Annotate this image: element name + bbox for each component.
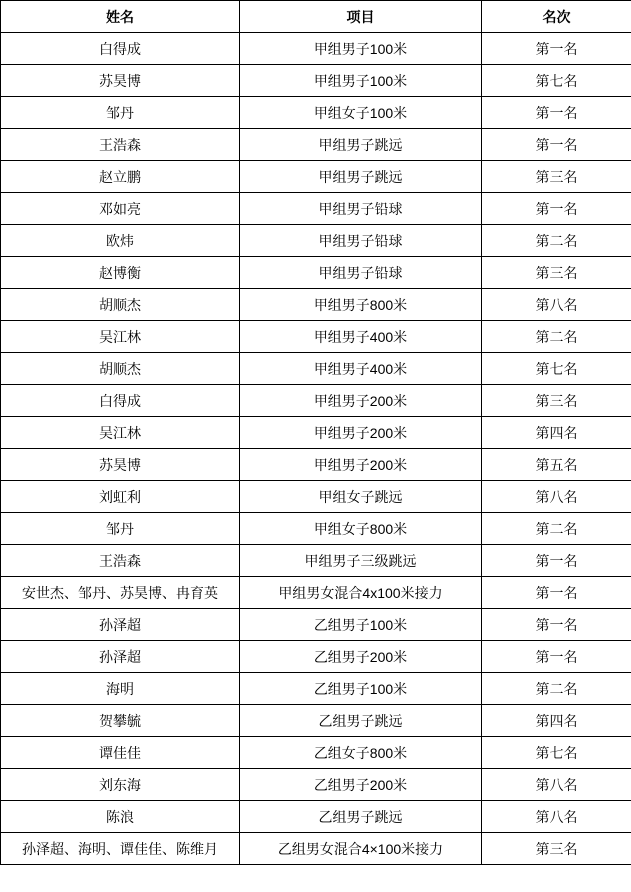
name-cell: 邹丹 bbox=[1, 97, 240, 129]
table-row: 王浩森甲组男子三级跳远第一名 bbox=[1, 545, 631, 577]
table-row: 赵立鹏甲组男子跳远第三名 bbox=[1, 161, 631, 193]
rank-cell: 第一名 bbox=[482, 609, 631, 641]
rank-cell: 第二名 bbox=[482, 513, 631, 545]
rank-cell: 第五名 bbox=[482, 449, 631, 481]
rank-cell: 第四名 bbox=[482, 705, 631, 737]
rank-cell: 第一名 bbox=[482, 97, 631, 129]
name-cell: 海明 bbox=[1, 673, 240, 705]
table-row: 刘东海乙组男子200米第八名 bbox=[1, 769, 631, 801]
event-cell: 甲组男子400米 bbox=[240, 321, 482, 353]
rank-cell: 第一名 bbox=[482, 641, 631, 673]
name-cell: 孙泽超 bbox=[1, 641, 240, 673]
table-row: 邹丹甲组女子100米第一名 bbox=[1, 97, 631, 129]
event-cell: 甲组男子跳远 bbox=[240, 161, 482, 193]
name-cell: 孙泽超 bbox=[1, 609, 240, 641]
table-row: 王浩森甲组男子跳远第一名 bbox=[1, 129, 631, 161]
event-cell: 甲组女子100米 bbox=[240, 97, 482, 129]
table-row: 安世杰、邹丹、苏昊博、冉育英甲组男女混合4x100米接力第一名 bbox=[1, 577, 631, 609]
rank-cell: 第七名 bbox=[482, 353, 631, 385]
name-cell: 白得成 bbox=[1, 33, 240, 65]
table-row: 贺攀毓乙组男子跳远第四名 bbox=[1, 705, 631, 737]
event-cell: 甲组男子跳远 bbox=[240, 129, 482, 161]
event-cell: 甲组女子800米 bbox=[240, 513, 482, 545]
name-cell: 胡顺杰 bbox=[1, 353, 240, 385]
event-cell: 甲组男子铅球 bbox=[240, 257, 482, 289]
rank-cell: 第七名 bbox=[482, 737, 631, 769]
rank-cell: 第四名 bbox=[482, 417, 631, 449]
table-header: 姓名 项目 名次 bbox=[1, 1, 631, 33]
name-cell: 胡顺杰 bbox=[1, 289, 240, 321]
event-cell: 甲组男子400米 bbox=[240, 353, 482, 385]
event-cell: 甲组男子三级跳远 bbox=[240, 545, 482, 577]
event-cell: 乙组男子100米 bbox=[240, 673, 482, 705]
table-row: 白得成甲组男子200米第三名 bbox=[1, 385, 631, 417]
rank-cell: 第三名 bbox=[482, 385, 631, 417]
rank-cell: 第二名 bbox=[482, 673, 631, 705]
rank-cell: 第三名 bbox=[482, 257, 631, 289]
table-row: 胡顺杰甲组男子800米第八名 bbox=[1, 289, 631, 321]
header-row: 姓名 项目 名次 bbox=[1, 1, 631, 33]
table-row: 陈浪乙组男子跳远第八名 bbox=[1, 801, 631, 833]
name-cell: 赵立鹏 bbox=[1, 161, 240, 193]
name-cell: 赵博衡 bbox=[1, 257, 240, 289]
header-name: 姓名 bbox=[1, 1, 240, 33]
name-cell: 苏昊博 bbox=[1, 449, 240, 481]
event-cell: 甲组男子800米 bbox=[240, 289, 482, 321]
event-cell: 乙组男子200米 bbox=[240, 769, 482, 801]
rank-cell: 第八名 bbox=[482, 769, 631, 801]
event-cell: 乙组女子800米 bbox=[240, 737, 482, 769]
event-cell: 乙组男子200米 bbox=[240, 641, 482, 673]
rank-cell: 第一名 bbox=[482, 577, 631, 609]
rank-cell: 第一名 bbox=[482, 545, 631, 577]
name-cell: 吴江林 bbox=[1, 417, 240, 449]
name-cell: 吴江林 bbox=[1, 321, 240, 353]
event-cell: 甲组女子跳远 bbox=[240, 481, 482, 513]
name-cell: 安世杰、邹丹、苏昊博、冉育英 bbox=[1, 577, 240, 609]
header-event: 项目 bbox=[240, 1, 482, 33]
name-cell: 陈浪 bbox=[1, 801, 240, 833]
event-cell: 甲组男子100米 bbox=[240, 33, 482, 65]
name-cell: 谭佳佳 bbox=[1, 737, 240, 769]
rank-cell: 第八名 bbox=[482, 801, 631, 833]
rank-cell: 第一名 bbox=[482, 129, 631, 161]
table-row: 刘虹利甲组女子跳远第八名 bbox=[1, 481, 631, 513]
event-cell: 甲组男子200米 bbox=[240, 385, 482, 417]
event-cell: 甲组男子200米 bbox=[240, 417, 482, 449]
page: 姓名 项目 名次 白得成甲组男子100米第一名苏昊博甲组男子100米第七名邹丹甲… bbox=[0, 0, 631, 892]
name-cell: 白得成 bbox=[1, 385, 240, 417]
event-cell: 乙组男子跳远 bbox=[240, 801, 482, 833]
event-cell: 乙组男女混合4×100米接力 bbox=[240, 833, 482, 865]
header-rank: 名次 bbox=[482, 1, 631, 33]
table-row: 海明乙组男子100米第二名 bbox=[1, 673, 631, 705]
rank-cell: 第三名 bbox=[482, 161, 631, 193]
table-row: 欧炜甲组男子铅球第二名 bbox=[1, 225, 631, 257]
table-row: 苏昊博甲组男子200米第五名 bbox=[1, 449, 631, 481]
name-cell: 刘东海 bbox=[1, 769, 240, 801]
name-cell: 邹丹 bbox=[1, 513, 240, 545]
rank-cell: 第八名 bbox=[482, 289, 631, 321]
table-row: 孙泽超乙组男子200米第一名 bbox=[1, 641, 631, 673]
table-row: 邹丹甲组女子800米第二名 bbox=[1, 513, 631, 545]
table-row: 白得成甲组男子100米第一名 bbox=[1, 33, 631, 65]
event-cell: 甲组男子铅球 bbox=[240, 193, 482, 225]
table-row: 吴江林甲组男子200米第四名 bbox=[1, 417, 631, 449]
results-table: 姓名 项目 名次 白得成甲组男子100米第一名苏昊博甲组男子100米第七名邹丹甲… bbox=[0, 0, 631, 865]
name-cell: 苏昊博 bbox=[1, 65, 240, 97]
table-row: 赵博衡甲组男子铅球第三名 bbox=[1, 257, 631, 289]
table-row: 吴江林甲组男子400米第二名 bbox=[1, 321, 631, 353]
table-row: 苏昊博甲组男子100米第七名 bbox=[1, 65, 631, 97]
name-cell: 贺攀毓 bbox=[1, 705, 240, 737]
event-cell: 乙组男子100米 bbox=[240, 609, 482, 641]
event-cell: 甲组男子200米 bbox=[240, 449, 482, 481]
name-cell: 孙泽超、海明、谭佳佳、陈维月 bbox=[1, 833, 240, 865]
table-row: 胡顺杰甲组男子400米第七名 bbox=[1, 353, 631, 385]
rank-cell: 第八名 bbox=[482, 481, 631, 513]
rank-cell: 第二名 bbox=[482, 321, 631, 353]
rank-cell: 第一名 bbox=[482, 193, 631, 225]
table-body: 白得成甲组男子100米第一名苏昊博甲组男子100米第七名邹丹甲组女子100米第一… bbox=[1, 33, 631, 865]
name-cell: 邓如亮 bbox=[1, 193, 240, 225]
name-cell: 欧炜 bbox=[1, 225, 240, 257]
event-cell: 甲组男女混合4x100米接力 bbox=[240, 577, 482, 609]
rank-cell: 第二名 bbox=[482, 225, 631, 257]
rank-cell: 第七名 bbox=[482, 65, 631, 97]
name-cell: 王浩森 bbox=[1, 545, 240, 577]
event-cell: 乙组男子跳远 bbox=[240, 705, 482, 737]
rank-cell: 第三名 bbox=[482, 833, 631, 865]
table-row: 邓如亮甲组男子铅球第一名 bbox=[1, 193, 631, 225]
table-row: 谭佳佳乙组女子800米第七名 bbox=[1, 737, 631, 769]
table-row: 孙泽超、海明、谭佳佳、陈维月乙组男女混合4×100米接力第三名 bbox=[1, 833, 631, 865]
name-cell: 王浩森 bbox=[1, 129, 240, 161]
table-row: 孙泽超乙组男子100米第一名 bbox=[1, 609, 631, 641]
event-cell: 甲组男子100米 bbox=[240, 65, 482, 97]
name-cell: 刘虹利 bbox=[1, 481, 240, 513]
event-cell: 甲组男子铅球 bbox=[240, 225, 482, 257]
rank-cell: 第一名 bbox=[482, 33, 631, 65]
